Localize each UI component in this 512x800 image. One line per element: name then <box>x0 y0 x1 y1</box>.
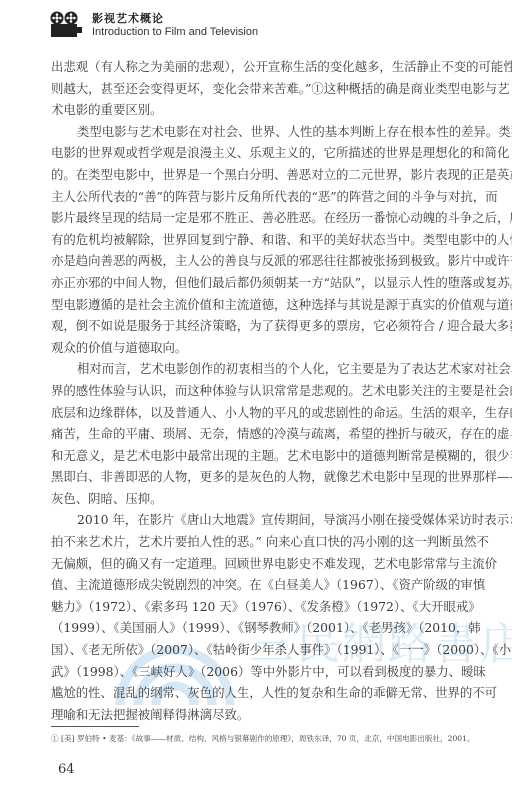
text-line: （1999）、《美国丽人》（1999）、《钢琴教师》（2001）、《老男孩》（2… <box>51 617 471 639</box>
text-line: 值、主流道德形成尖锐剧烈的冲突。在《白昼美人》（1967）、《资产阶级的审慎 <box>51 574 471 596</box>
text-line: 型电影遵循的是社会主流价值和主流道德，这种选择与其说是源于真实的价值观与道德 <box>51 294 471 316</box>
text-line: 界的感性体验与认识，而这种体验与认识常常是悲观的。艺术电影关注的主要是社会的 <box>51 380 471 402</box>
film-projector-icon <box>48 11 84 39</box>
text-line: 则越大，甚至还会变得更坏，变化会带来苦难。”①这种概括的确是商业类型电影与艺 <box>51 78 471 100</box>
text-line: 理喻和无法把握被阐释得淋漓尽致。 <box>51 704 471 726</box>
text-line: 和无意义，是艺术电影中最常出现的主题。艺术电影中的道德判断常是模糊的，很少非 <box>51 445 471 467</box>
page-number: 64 <box>58 762 75 777</box>
text-line: 黑即白、非善即恶的人物，更多的是灰色的人物，就像艺术电影中呈现的世界那样—— <box>51 466 471 488</box>
text-line: 底层和边缘群体，以及普通人、小人物的平凡的或悲剧性的命运。生活的艰辛，生存的 <box>51 402 471 424</box>
text-line: 相对而言，艺术电影创作的初衷相当的个人化，它主要是为了表达艺术家对社会、世 <box>51 358 471 380</box>
text-line: 亦是趋向善恶的两极，主人公的善良与反派的邪恶往往都被张扬到极致。影片中或许有 <box>51 250 471 272</box>
text-line: 出悲观（有人称之为美丽的悲观），公开宣称生活的变化越多，生活静止不变的可能性 <box>51 56 471 78</box>
footnote: ① [美] 罗伯特 • 麦基：《故事——材质、结构、风格与银幕剧作的原理》，周铁… <box>51 733 475 744</box>
text-line: 2010 年，在影片《唐山大地震》宣传期间，导演冯小刚在接受媒体采访时表示：“我 <box>51 509 471 531</box>
text-line: 亦正亦邪的中间人物，但他们最后都仍须朝某一方“站队”，以显示人性的堕落或复苏。类 <box>51 272 471 294</box>
text-line: 痛苦，生命的平庸、琐屑、无奈，情感的冷漠与疏离，希望的挫折与破灭，存在的虚与 <box>51 423 471 445</box>
body-text: 出悲观（有人称之为美丽的悲观），公开宣称生活的变化越多，生活静止不变的可能性则越… <box>51 56 471 725</box>
text-line: 观众的价值与道德取向。 <box>51 337 471 359</box>
text-line: 魅力》（1972）、《索多玛 120 天》（1976）、《发条橙》（1972）、… <box>51 596 471 618</box>
text-line: 的。在类型电影中，世界是一个黑白分明、善恶对立的二元世界，影片表现的正是英雄 <box>51 164 471 186</box>
footnote-divider <box>51 726 139 727</box>
text-line: 国）、《老无所依》（2007）、《牯岭街少年杀人事件》（1991）、《一一》（2… <box>51 639 471 661</box>
text-line: 有的危机均被解除，世界回复到宁静、和谐、和平的美好状态当中。类型电影中的人性 <box>51 229 471 251</box>
text-line: 观，倒不如说是服务于其经济策略，为了获得更多的票房，它必须符合 / 迎合最大多数 <box>51 315 471 337</box>
text-line: 武》（1998）、《三峡好人》（2006）等中外影片中，可以看到极度的暴力、暧昧 <box>51 661 471 683</box>
book-title-chinese: 影视艺术概论 <box>92 12 258 26</box>
text-line: 类型电影与艺术电影在对社会、世界、人性的基本判断上存在根本性的差异。类型 <box>51 121 471 143</box>
text-line: 拍不来艺术片，艺术片要拍人性的恶。” 向来心直口快的冯小刚的这一判断虽然不 <box>51 531 471 553</box>
text-line: 术电影的重要区别。 <box>51 99 471 121</box>
text-line: 尴尬的性、混乱的纲常、灰色的人生，人性的复杂和生命的乖僻无常、世界的不可 <box>51 682 471 704</box>
text-line: 灰色、阴暗、压抑。 <box>51 488 471 510</box>
text-line: 电影的世界观或哲学观是浪漫主义、乐观主义的，它所描述的世界是理想化的和简化 <box>51 142 471 164</box>
text-line: 影片最终呈现的结局一定是邪不胜正、善必胜恶。在经历一番惊心动魄的斗争之后，所 <box>51 207 471 229</box>
book-title-english: Introduction to Film and Television <box>92 26 258 39</box>
text-line: 主人公所代表的“善”的阵营与影片反角所代表的“恶”的阵营之间的斗争与对抗，而 <box>51 186 471 208</box>
text-line: 无偏颇，但的确又有一定道理。回顾世界电影史不难发现，艺术电影常常与主流价 <box>51 553 471 575</box>
running-header: 影视艺术概论 Introduction to Film and Televisi… <box>48 8 258 42</box>
